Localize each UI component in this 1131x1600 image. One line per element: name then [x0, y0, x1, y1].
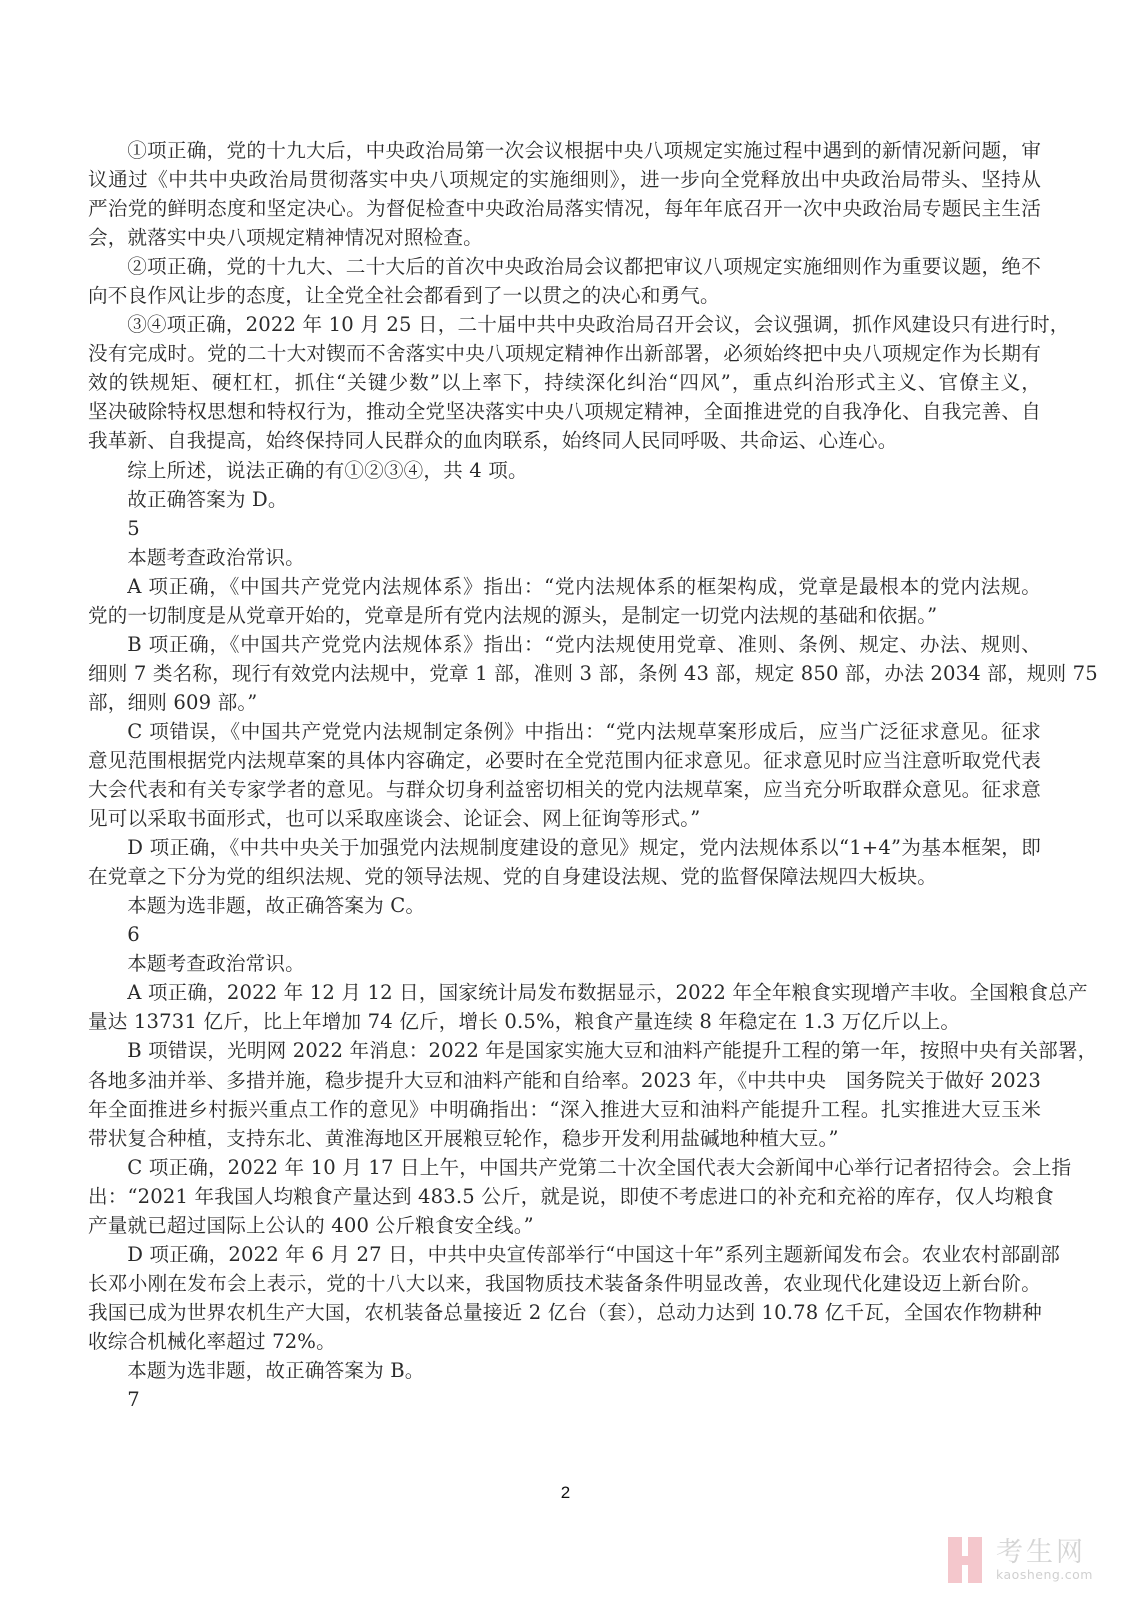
text-line: 本题为选非题，故正确答案为 C。: [88, 891, 1041, 920]
text-line: ②项正确，党的十九大、二十大后的首次中央政治局会议都把审议八项规定实施细则作为重…: [88, 252, 1041, 281]
text-line: 细则 7 类名称，现行有效党内法规中，党章 1 部，准则 3 部，条例 43 部…: [88, 659, 1041, 688]
text-line: 综上所述，说法正确的有①②③④，共 4 项。: [88, 456, 1041, 485]
text-line: 部，细则 609 部。”: [88, 688, 1041, 717]
text-line: 年全面推进乡村振兴重点工作的意见》中明确指出：“深入推进大豆和油料产能提升工程。…: [88, 1095, 1041, 1124]
text-line: B 项错误，光明网 2022 年消息：2022 年是国家实施大豆和油料产能提升工…: [88, 1036, 1041, 1065]
text-line: C 项正确，2022 年 10 月 17 日上午，中国共产党第二十次全国代表大会…: [88, 1153, 1041, 1182]
text-line: 会，就落实中央八项规定精神情况对照检查。: [88, 223, 1041, 252]
text-line: 量达 13731 亿斤，比上年增加 74 亿斤，增长 0.5%，粮食产量连续 8…: [88, 1007, 1041, 1036]
text-line: 带状复合种植，支持东北、黄淮海地区开展粮豆轮作，稳步开发利用盐碱地种植大豆。”: [88, 1124, 1041, 1153]
watermark-brand-cn: 考生网: [996, 1538, 1093, 1568]
text-line: 故正确答案为 D。: [88, 485, 1041, 514]
text-line: 在党章之下分为党的组织法规、党的领导法规、党的自身建设法规、党的监督保障法规四大…: [88, 862, 1041, 891]
page-number: 2: [0, 1483, 1131, 1503]
text-line: D 项正确，《中共中央关于加强党内法规制度建设的意见》规定，党内法规体系以“1+…: [88, 833, 1041, 862]
text-line: C 项错误，《中国共产党党内法规制定条例》中指出：“党内法规草案形成后，应当广泛…: [88, 717, 1041, 746]
text-line: A 项正确，2022 年 12 月 12 日，国家统计局发布数据显示，2022 …: [88, 978, 1041, 1007]
text-line: 各地多油并举、多措并施，稳步提升大豆和油料产能和自给率。2023 年，《中共中央…: [88, 1066, 1041, 1095]
text-line: 向不良作风让步的态度，让全党全社会都看到了一以贯之的决心和勇气。: [88, 281, 1041, 310]
document-body: ①项正确，党的十九大后，中央政治局第一次会议根据中央八项规定实施过程中遇到的新情…: [88, 136, 1041, 1414]
text-line: 本题考查政治常识。: [88, 543, 1041, 572]
text-line: D 项正确，2022 年 6 月 27 日，中共中央宣传部举行“中国这十年”系列…: [88, 1240, 1041, 1269]
text-line: 大会代表和有关专家学者的意见。与群众切身利益密切相关的党内法规草案，应当充分听取…: [88, 775, 1041, 804]
text-line: 议通过《中共中央政治局贯彻落实中央八项规定的实施细则》，进一步向全党释放出中央政…: [88, 165, 1041, 194]
text-line: 产量就已超过国际上公认的 400 公斤粮食安全线。”: [88, 1211, 1041, 1240]
text-line: 没有完成时。党的二十大对锲而不舍落实中央八项规定精神作出新部署，必须始终把中央八…: [88, 339, 1041, 368]
text-line: 收综合机械化率超过 72%。: [88, 1327, 1041, 1356]
text-line: 党的一切制度是从党章开始的，党章是所有党内法规的源头，是制定一切党内法规的基础和…: [88, 601, 1041, 630]
text-line: 意见范围根据党内法规草案的具体内容确定，必要时在全党范围内征求意见。征求意见时应…: [88, 746, 1041, 775]
text-line: 坚决破除特权思想和特权行为，推动全党坚决落实中央八项规定精神，全面推进党的自我净…: [88, 397, 1041, 426]
text-line: 6: [88, 920, 1041, 949]
text-line: 效的铁规矩、硬杠杠，抓住“关键少数”以上率下，持续深化纠治“四风”，重点纠治形式…: [88, 368, 1041, 397]
watermark: 考生网 kaosheng.com: [948, 1528, 1123, 1592]
text-line: 我革新、自我提高，始终保持同人民群众的血肉联系，始终同人民同呼吸、共命运、心连心…: [88, 426, 1041, 455]
watermark-brand-en: kaosheng.com: [996, 1568, 1093, 1582]
text-line: A 项正确，《中国共产党党内法规体系》指出：“党内法规体系的框架构成，党章是最根…: [88, 572, 1041, 601]
text-line: ①项正确，党的十九大后，中央政治局第一次会议根据中央八项规定实施过程中遇到的新情…: [88, 136, 1041, 165]
text-line: 出：“2021 年我国人均粮食产量达到 483.5 公斤，就是说，即使不考虑进口…: [88, 1182, 1041, 1211]
text-line: B 项正确，《中国共产党党内法规体系》指出：“党内法规使用党章、准则、条例、规定…: [88, 630, 1041, 659]
text-line: 本题为选非题，故正确答案为 B。: [88, 1356, 1041, 1385]
text-line: 5: [88, 514, 1041, 543]
text-line: 本题考查政治常识。: [88, 949, 1041, 978]
kaosheng-logo-icon: [948, 1537, 986, 1583]
text-line: ③④项正确，2022 年 10 月 25 日，二十届中共中央政治局召开会议，会议…: [88, 310, 1041, 339]
text-line: 见可以采取书面形式，也可以采取座谈会、论证会、网上征询等形式。”: [88, 804, 1041, 833]
text-line: 严治党的鲜明态度和坚定决心。为督促检查中央政治局落实情况，每年年底召开一次中央政…: [88, 194, 1041, 223]
text-line: 7: [88, 1385, 1041, 1414]
text-line: 我国已成为世界农机生产大国，农机装备总量接近 2 亿台（套），总动力达到 10.…: [88, 1298, 1041, 1327]
text-line: 长邓小刚在发布会上表示，党的十八大以来，我国物质技术装备条件明显改善，农业现代化…: [88, 1269, 1041, 1298]
